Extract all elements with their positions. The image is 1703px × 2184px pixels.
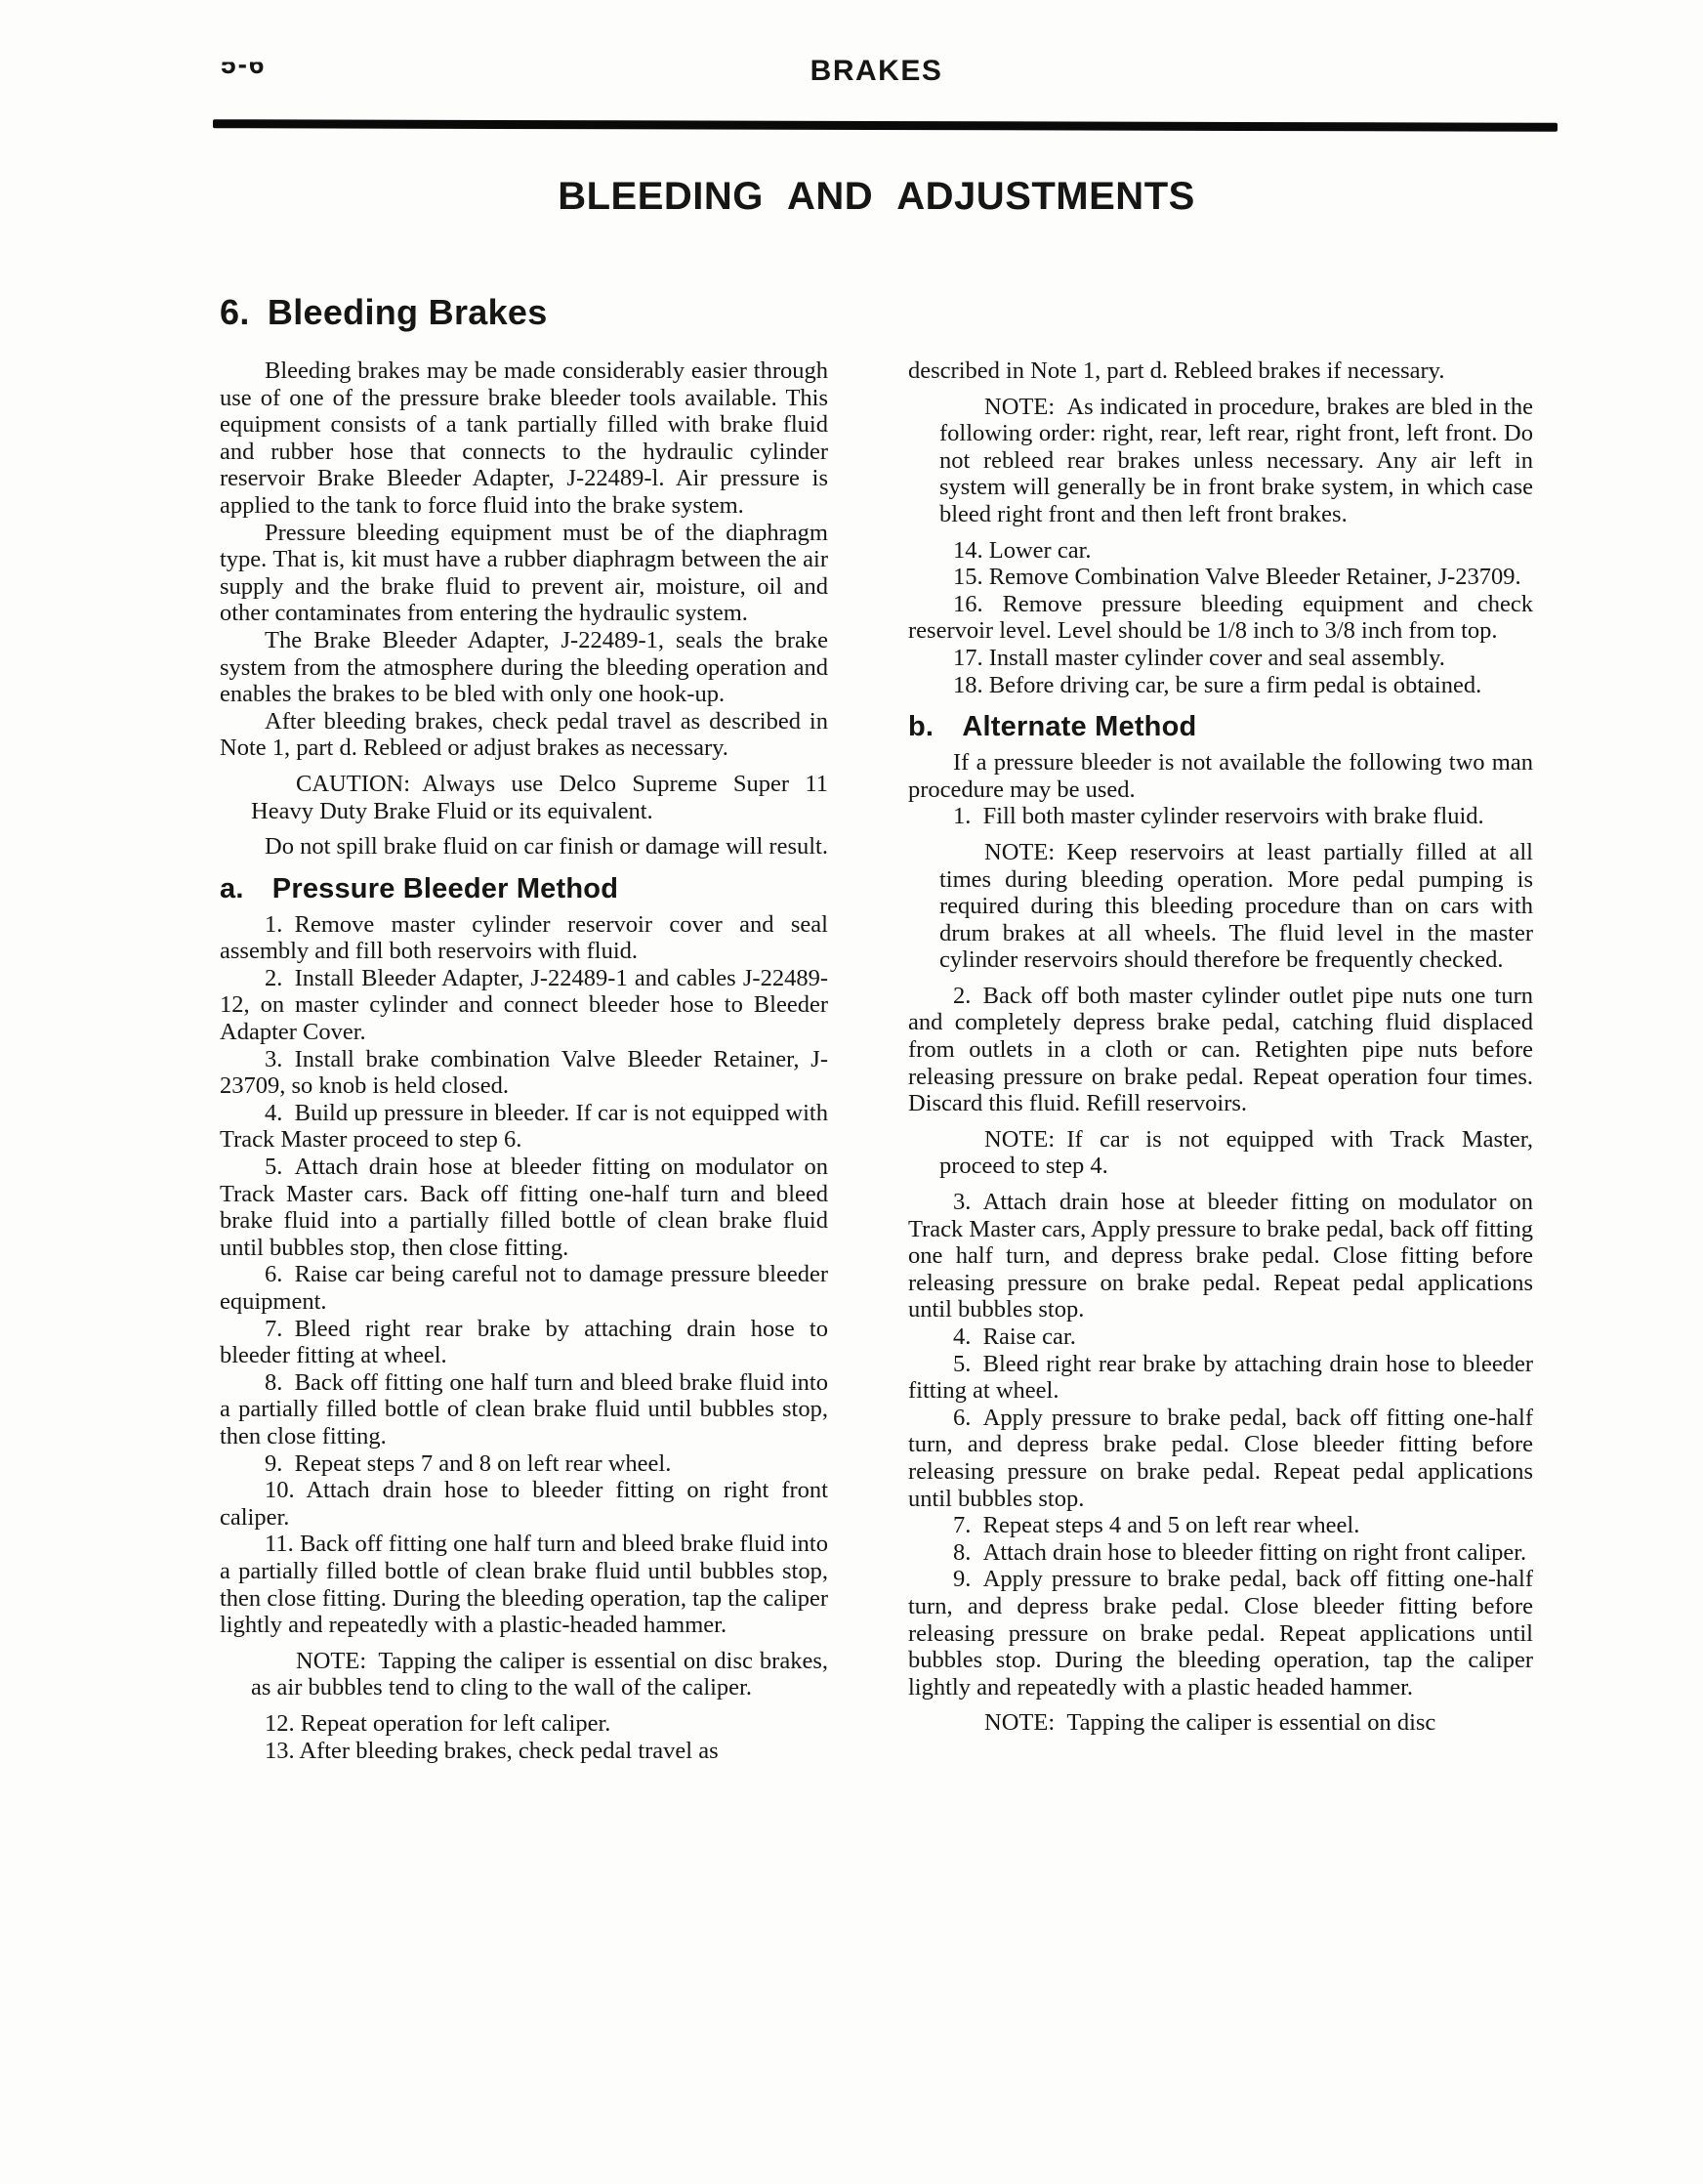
pressure-step-6: 6. Raise car being careful not to damage… [220, 1261, 828, 1315]
heading-alternate-method: b. Alternate Method [908, 710, 1533, 743]
alternate-step-6: 6. Apply pressure to brake pedal, back o… [908, 1405, 1533, 1512]
pressure-step-3: 3. Install brake combination Valve Bleed… [220, 1046, 828, 1100]
pressure-step-16: 16. Remove pressure bleeding equipment a… [908, 591, 1533, 645]
bleed-order-note: NOTE: As indicated in procedure, brakes … [939, 394, 1533, 528]
header-rule [213, 119, 1558, 132]
running-header: BRAKES [220, 55, 1533, 88]
alternate-step-1: 1. Fill both master cylinder reservoirs … [908, 803, 1533, 830]
alternate-step-8: 8. Attach drain hose to bleeder fitting … [908, 1539, 1533, 1567]
intro-paragraph-4: After bleeding brakes, check pedal trave… [220, 708, 828, 762]
alternate-intro: If a pressure bleeder is not available t… [908, 749, 1533, 803]
page-title: BLEEDING AND ADJUSTMENTS [220, 174, 1533, 219]
alternate-step-4: 4. Raise car. [908, 1323, 1533, 1351]
page-body: 6. Bleeding BrakesBleeding brakes may be… [220, 291, 1533, 1764]
heading-pressure-bleeder-method: a. Pressure Bleeder Method [220, 872, 828, 905]
caution-note: CAUTION: Always use Delco Supreme Super … [251, 771, 828, 824]
alternate-step-7: 7. Repeat steps 4 and 5 on left rear whe… [908, 1512, 1533, 1539]
intro-paragraph-3: The Brake Bleeder Adapter, J-22489-1, se… [220, 627, 828, 708]
reservoir-note: NOTE: Keep reservoirs at least partially… [939, 839, 1533, 974]
pressure-step-15: 15. Remove Combination Valve Bleeder Ret… [908, 564, 1533, 591]
pressure-step-5: 5. Attach drain hose at bleeder fitting … [220, 1154, 828, 1261]
caliper-tapping-note-continued: NOTE: Tapping the caliper is essential o… [939, 1709, 1533, 1737]
pressure-step-12: 12. Repeat operation for left caliper. [220, 1710, 828, 1738]
heading-bleeding-brakes: 6. Bleeding Brakes [220, 291, 828, 334]
alternate-step-2: 2. Back off both master cylinder outlet … [908, 983, 1533, 1117]
pressure-step-2: 2. Install Bleeder Adapter, J-22489-1 an… [220, 965, 828, 1046]
intro-paragraph-5: Do not spill brake fluid on car finish o… [220, 833, 828, 861]
intro-paragraph-1: Bleeding brakes may be made considerably… [220, 357, 828, 520]
alternate-step-5: 5. Bleed right rear brake by attaching d… [908, 1351, 1533, 1405]
track-master-note: NOTE: If car is not equipped with Track … [939, 1126, 1533, 1180]
intro-paragraph-2: Pressure bleeding equipment must be of t… [220, 520, 828, 627]
right-column: described in Note 1, part d. Rebleed bra… [908, 291, 1533, 1764]
pressure-step-8: 8. Back off fitting one half turn and bl… [220, 1369, 828, 1450]
pressure-step-18: 18. Before driving car, be sure a firm p… [908, 672, 1533, 699]
continued-paragraph: described in Note 1, part d. Rebleed bra… [908, 357, 1533, 385]
pressure-step-1: 1. Remove master cylinder reservoir cove… [220, 911, 828, 965]
pressure-step-14: 14. Lower car. [908, 537, 1533, 565]
alternate-step-3: 3. Attach drain hose at bleeder fitting … [908, 1189, 1533, 1323]
manual-page: 5-6 BRAKES BLEEDING AND ADJUSTMENTS 6. B… [0, 0, 1703, 2184]
pressure-step-4: 4. Build up pressure in bleeder. If car … [220, 1100, 828, 1154]
alternate-step-9: 9. Apply pressure to brake pedal, back o… [908, 1566, 1533, 1701]
pressure-step-10: 10. Attach drain hose to bleeder fitting… [220, 1477, 828, 1531]
pressure-step-13: 13. After bleeding brakes, check pedal t… [220, 1738, 828, 1765]
caliper-tapping-note: NOTE: Tapping the caliper is essential o… [251, 1648, 828, 1701]
pressure-step-9: 9. Repeat steps 7 and 8 on left rear whe… [220, 1450, 828, 1478]
pressure-step-11: 11. Back off fitting one half turn and b… [220, 1531, 828, 1638]
pressure-step-7: 7. Bleed right rear brake by attaching d… [220, 1316, 828, 1369]
left-column: 6. Bleeding BrakesBleeding brakes may be… [220, 291, 828, 1764]
pressure-step-17: 17. Install master cylinder cover and se… [908, 645, 1533, 672]
